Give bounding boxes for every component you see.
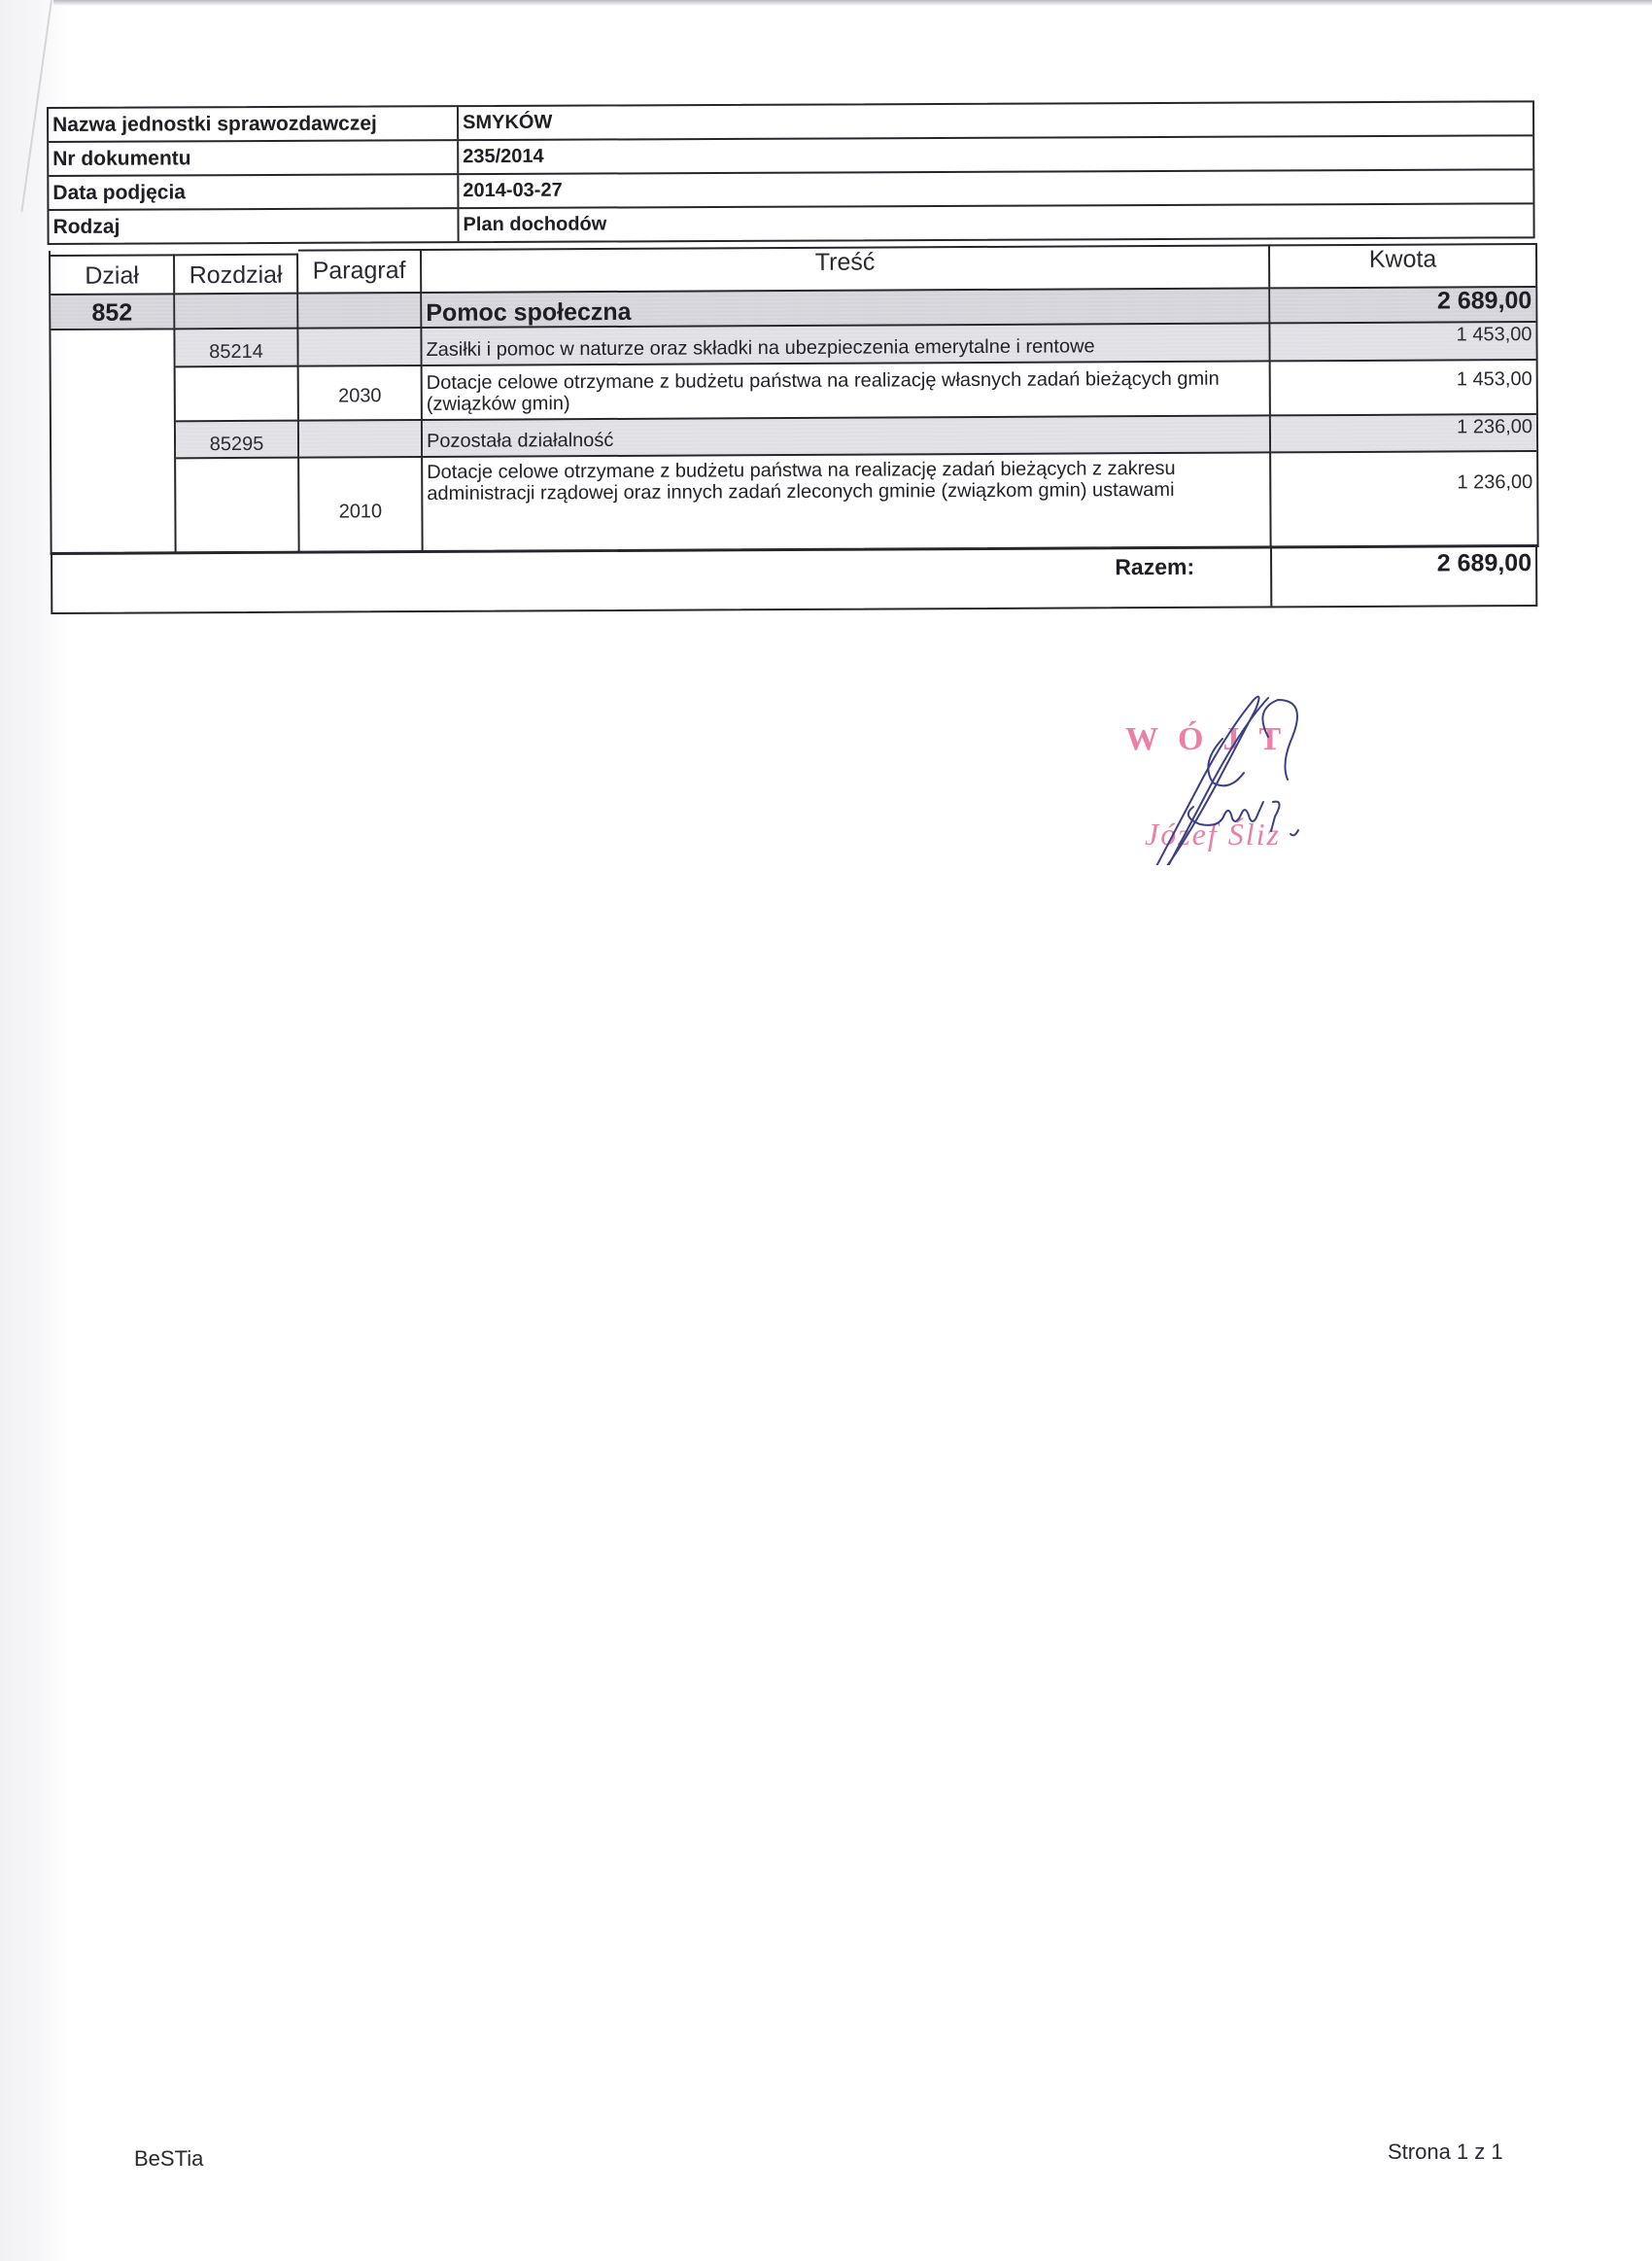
info-label: Nazwa jednostki sprawozdawczej [49, 107, 459, 141]
budget-table: Dział Rozdział Paragraf Treść Kwota 852 … [49, 243, 1539, 555]
adoption-date: 2014-03-27 [459, 170, 1532, 207]
table-body: 85214 Zasiłki i pomoc w naturze oraz skł… [49, 321, 1538, 555]
signature-icon [1108, 671, 1360, 865]
dzial-rozdzial-empty [175, 293, 298, 329]
total-amount: 2 689,00 [1272, 546, 1535, 606]
dzial-amount: 2 689,00 [1270, 286, 1535, 322]
header-tresc: Treść [422, 244, 1270, 292]
table-body-rows: 85214 Zasiłki i pomoc w naturze oraz skł… [175, 321, 1536, 552]
table-row: 2030 Dotacje celowe otrzymane z budżetu … [176, 359, 1536, 420]
dzial-spacer [51, 328, 176, 553]
row-amount: 1 453,00 [1271, 359, 1536, 414]
document-number: 235/2014 [459, 136, 1532, 173]
rozdzial-code [176, 365, 299, 421]
row-amount: 1 236,00 [1271, 413, 1536, 451]
table-row: 2010 Dotacje celowe otrzymane z budżetu … [176, 450, 1536, 552]
header-rozdzial: Rozdział [175, 254, 298, 294]
document-type: Plan dochodów [459, 204, 1532, 241]
dzial-title: Pomoc społeczna [422, 287, 1270, 327]
row-description: Zasiłki i pomoc w naturze oraz składki n… [422, 322, 1270, 365]
rozdzial-code: 85214 [175, 328, 298, 366]
info-row-doc-number: Nr dokumentu 235/2014 [49, 134, 1532, 175]
info-row-date: Data podjęcia 2014-03-27 [49, 168, 1532, 209]
row-amount: 1 236,00 [1271, 450, 1537, 546]
row-amount: 1 453,00 [1270, 321, 1535, 360]
header-paragraf: Paragraf [298, 249, 422, 293]
row-description: Dotacje celowe otrzymane z budżetu państ… [423, 360, 1271, 419]
paragraf-code: 2010 [299, 456, 424, 552]
dzial-paragraf-empty [298, 292, 422, 328]
dzial-code: 852 [51, 293, 175, 329]
paragraf-code: 2030 [299, 365, 423, 420]
page-number: Strona 1 z 1 [1388, 2139, 1503, 2165]
header-kwota: Kwota [1270, 243, 1535, 287]
paragraf-code [298, 327, 422, 365]
rozdzial-code [176, 457, 300, 553]
info-label: Rodzaj [49, 209, 459, 243]
row-description: Pozostała działalność [423, 414, 1271, 456]
rozdzial-code: 85295 [176, 420, 299, 458]
paragraf-code [299, 419, 423, 457]
total-label: Razem: [52, 547, 1272, 612]
header-dzial: Dział [51, 254, 175, 294]
document-info-table: Nazwa jednostki sprawozdawczej SMYKÓW Nr… [47, 100, 1535, 245]
total-row: Razem: 2 689,00 [51, 544, 1537, 614]
info-row-type: Rodzaj Plan dochodów [49, 202, 1532, 243]
scan-page-edge [53, 0, 1652, 6]
info-label: Data podjęcia [49, 175, 459, 209]
info-label: Nr dokumentu [49, 141, 459, 175]
row-description: Dotacje celowe otrzymane z budżetu państ… [423, 451, 1272, 551]
info-row-unit: Nazwa jednostki sprawozdawczej SMYKÓW [49, 102, 1532, 141]
official-stamp: WÓJT Józef Śliz [1108, 671, 1360, 865]
footer-software-name: BeSTia [134, 2146, 203, 2172]
unit-name: SMYKÓW [459, 102, 1532, 139]
